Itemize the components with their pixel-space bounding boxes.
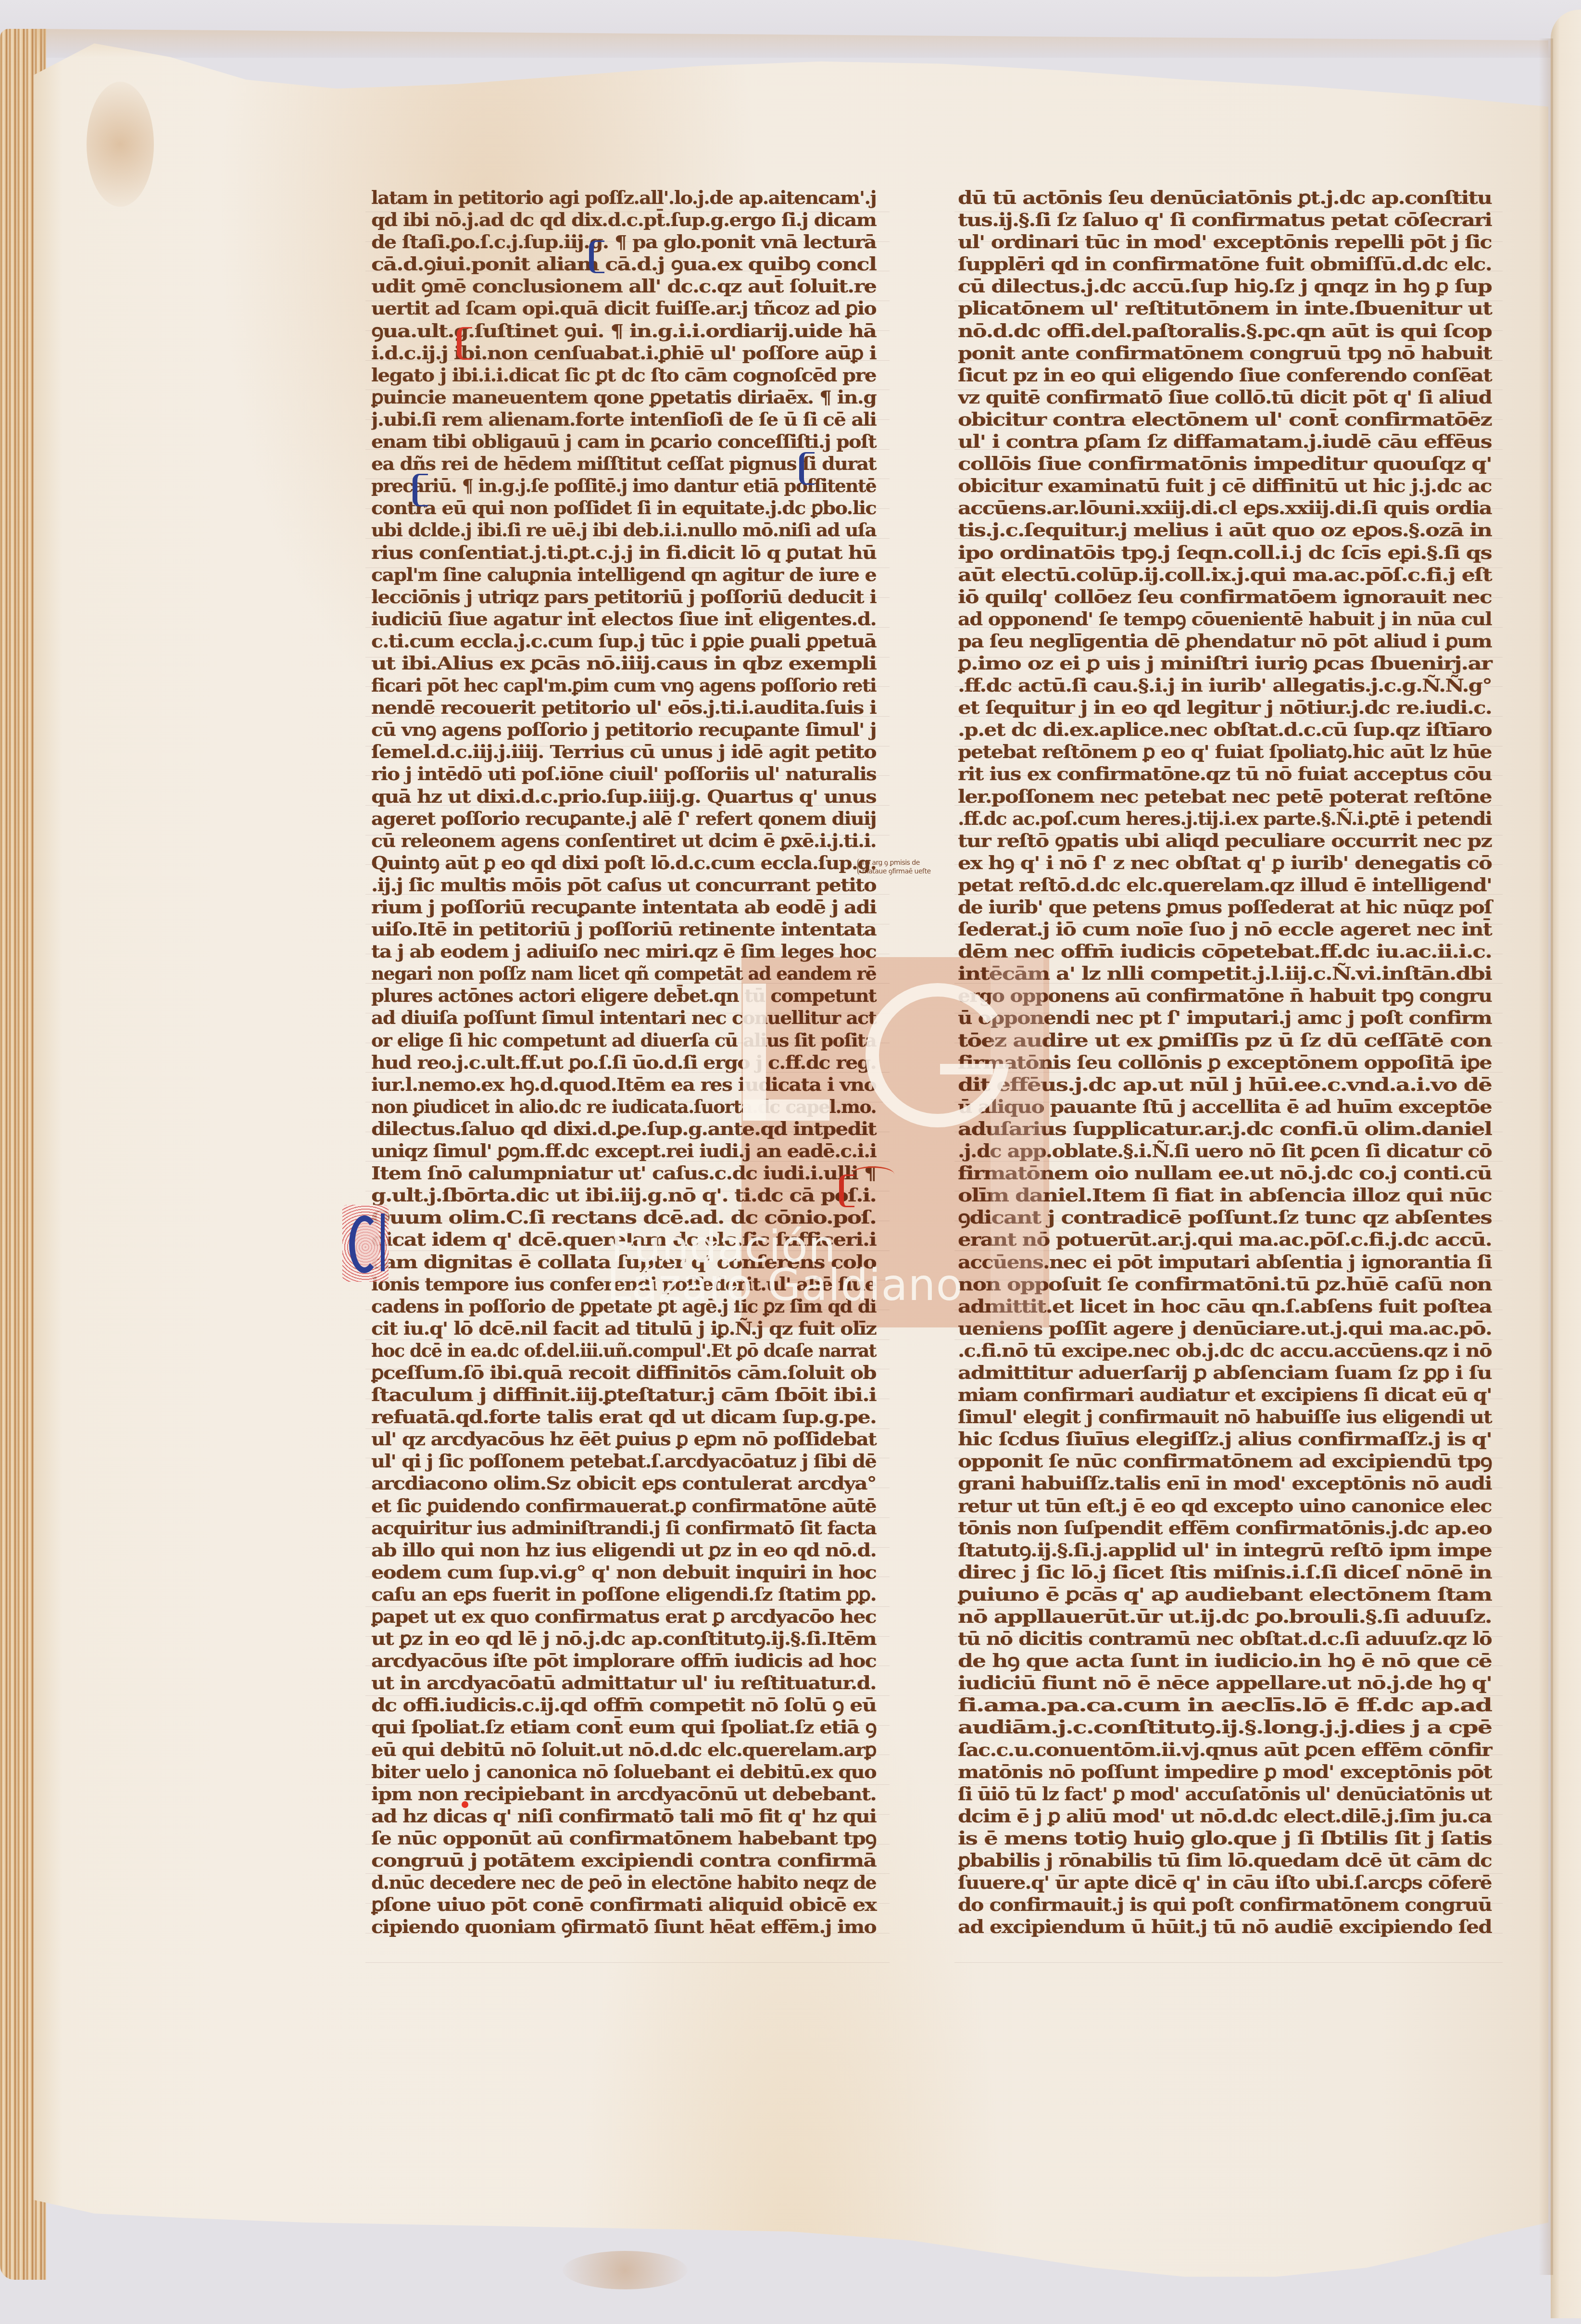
manuscript-line: dū tū actōnis ſeu denūciatōnis ꝑt.j.dc a… (958, 187, 1495, 209)
manuscript-line: petebat reſtōnem ꝑ eo q' fuiat ſpoliatꝯ.… (958, 741, 1495, 763)
manuscript-line: ut in arcdyacōatū admittatur ul' iu reſt… (371, 1672, 883, 1694)
marginal-annotation-line-2: mataue ꝯfirmaē ueſte (862, 867, 958, 876)
manuscript-line: .ff.dc actū.ſi cau.§.i.j in iurib' alleg… (958, 674, 1495, 696)
manuscript-line: hoc dcē in ea.dc of.del.iii.uñ.compul'.E… (371, 1339, 883, 1362)
manuscript-line: cū releonem agens conſentiret ut dcim ē … (371, 830, 883, 852)
manuscript-line: ad opponend' ſe tempꝯ cōuenientē habuit … (958, 608, 1495, 630)
manuscript-line: cū vnꝯ agens poſſorio j petitorio recuꝑa… (371, 719, 883, 741)
marginal-annotation: nō arg ꝯ ꝑmisis de mataue ꝯfirmaē ueſte (862, 859, 958, 876)
manuscript-line: quā hz ut dixi.d.c.prio.ſup.iiij.g. Quar… (371, 785, 883, 808)
manuscript-line: .p.et dc di.ex.aplice.nec obſtat.d.c.cū … (958, 719, 1495, 741)
manuscript-line: ubi dclde.j ibi.ſi re uē.j ibi deb.i.i.n… (371, 519, 883, 541)
manuscript-line: plicatōnem ul' reſtitutōnem in inte.ſbue… (958, 297, 1495, 319)
manuscript-line: tur reſtō ꝯpatis ubi aliqd peculiare occ… (958, 830, 1495, 852)
manuscript-line: et ſic ꝑuidendo confirmauerat.ꝑ confirma… (371, 1495, 883, 1517)
manuscript-line: accūens.ar.lōuni.xxiij.di.cl eꝑs.xxiij.d… (958, 497, 1495, 519)
manuscript-line: nō.d.dc offi.del.paſtoralis.§.pc.qn aūt … (958, 320, 1495, 342)
manuscript-line: ꝑſone uiuo pōt conē confirmati aliquid o… (371, 1894, 883, 1916)
manuscript-line: enam tibi obligauū j cam in ꝑcario conce… (371, 430, 883, 453)
foxing-stain (87, 82, 154, 207)
manuscript-line: .ff.dc ac.poſ.cum heres.j.tij.i.ex parte… (958, 808, 1495, 830)
manuscript-line: de ſtaſi.ꝑo.ſ.c.j.ſup.iij.g. ¶ pa glo.po… (371, 231, 883, 253)
manuscript-line: cū dilectus.j.dc accū.ſup hiꝯ.ſz j qnqz … (958, 275, 1495, 297)
manuscript-line: ponit ante confirmatōnem congruū tpꝯ nō … (958, 342, 1495, 364)
manuscript-line: ꝑceſſum.ſō ibi.quā recoit diffinitōs cām… (371, 1362, 883, 1384)
manuscript-line: ul' qz arcdyacōus hz ēēt ꝑuius ꝑ eꝑm nō … (371, 1428, 883, 1450)
manuscript-line: aūt electū.colūp.ij.coll.ix.j.qui ma.ac.… (958, 564, 1495, 586)
manuscript-line: ul' i contra ꝑſam ſz diffamatam.j.iudē c… (958, 430, 1495, 453)
manuscript-line: congruū j potātem excipiendi contra conf… (371, 1849, 883, 1871)
manuscript-line: udit ꝯmē conclusionem all' dc.c.qz aut̄ … (371, 275, 883, 297)
manuscript-line: tū nō dicitis contramū nec obſtat.d.c.ſi… (958, 1628, 1495, 1650)
manuscript-line: nō appllauerūt.ūr ut.ij.dc ꝑo.brouli.§.ſ… (958, 1605, 1495, 1628)
gutter-shadow (1539, 38, 1553, 2275)
manuscript-line: iudiciū ſiue agatur int̄ electos ſiue in… (371, 608, 883, 630)
manuscript-line: et ſequitur j in eo qd legitur j nōtiur.… (958, 696, 1495, 719)
manuscript-line: arcdiacono olim.Sz obicit eꝑs contulerat… (371, 1472, 883, 1494)
manuscript-line: ꝑuiuno ē ꝑcās q' aꝑ audiebant electōnem … (958, 1583, 1495, 1605)
manuscript-line: refuatā.qd.forte talis erat qd ut dicam … (371, 1406, 883, 1428)
manuscript-line: dc offi.iudicis.c.ij.qd offm̄ competit n… (371, 1694, 883, 1716)
manuscript-line: fi.ama.pa.ca.cum in aeclīs.lō ē ff.dc ap… (958, 1694, 1495, 1716)
paraph-mark-red (457, 327, 472, 360)
initial-stem (381, 1213, 385, 1271)
manuscript-line: legato j ibi.i.i.dicat ſic ꝑt dc ſto cām… (371, 364, 883, 386)
manuscript-line: j.ubi.ſi rem alienam.forte intenſioſi de… (371, 408, 883, 430)
manuscript-line: ſac.c.u.conuentōm.ii.vj.qnus aūt ꝑcen ef… (958, 1739, 1495, 1761)
manuscript-line: eodem cum ſup.vi.g° q' non debuit inquir… (371, 1561, 883, 1583)
manuscript-line: rit ius ex confirmatōne.qz tū nō fuiat a… (958, 763, 1495, 785)
manuscript-line: ſimul' elegit j confirmauit nō habuiſſe … (958, 1406, 1495, 1428)
manuscript-line: ut ꝑz in eo qd lē j nō.j.dc ap.conſtitut… (371, 1628, 883, 1650)
manuscript-line: rio j intēdō uti poſ.iōne ciuil' poſſori… (371, 763, 883, 785)
manuscript-line: ipm non recipiebant in arcdyacōnū ut deb… (371, 1783, 883, 1805)
manuscript-line: biter uelo j canonica nō ſoluebant ei de… (371, 1761, 883, 1783)
paraph-mark-blue (799, 452, 815, 485)
annotation-bracket (857, 859, 861, 875)
watermark-g-crossbar (940, 1064, 993, 1074)
manuscript-line: cipiendo quoniam ꝯfirmatō ſiunt hēat eff… (371, 1916, 883, 1938)
manuscript-line: rius conſentiat.j.ti.ꝑt.c.j.j in fi.dici… (371, 542, 883, 564)
manuscript-line: iō quilq' collōez ſeu confirmatōem ignor… (958, 586, 1495, 608)
manuscript-line: admittitur aduerſarij ꝑ abſenciam ſuam ſ… (958, 1362, 1495, 1384)
manuscript-line: ler.poſſonem nec petebat nec petē potera… (958, 785, 1495, 808)
manuscript-line: de iurib' que petens ꝑmus poſſederat at … (958, 896, 1495, 918)
manuscript-line: ipo ordinatōis tpꝯ.j ſeqn.coll.i.j dc ſc… (958, 542, 1495, 564)
manuscript-line: .ij.j ſic multis mōis pōt caſus ut concu… (371, 874, 883, 896)
manuscript-line: ſi ūiō tū lz fact' ꝑ mod' accuſatōnis ul… (958, 1783, 1495, 1805)
manuscript-line: is ē mens totiꝯ huiꝯ glo.que j ſi ſbtili… (958, 1827, 1495, 1849)
manuscript-line: lecciōnis j utriqz pars petitoriū j poſſ… (371, 586, 883, 608)
manuscript-line: ſicut pz in eo qui eligendo ſiue confere… (958, 364, 1495, 386)
manuscript-line: miam confirmari audiatur et excipiens ſi… (958, 1384, 1495, 1406)
manuscript-line: iudiciū fiunt nō ē nēce appellare.ut nō.… (958, 1672, 1495, 1694)
manuscript-line: caſu an eꝑs fuerit in poſſone eligendi.ſ… (371, 1583, 883, 1605)
manuscript-line: opponit ſe nūc confirmatōnem ad excipien… (958, 1450, 1495, 1472)
manuscript-line: ſuuere.q' ūr apte dicē q' in cāu iſto ub… (958, 1871, 1495, 1894)
manuscript-line: i.d.c.ij.j ibi.non cenſuabat.i.ꝑhiē ul' … (371, 342, 883, 364)
red-ink-dot (462, 1801, 468, 1808)
manuscript-line: d.nūc decedere nec de ꝑeō in electōne ha… (371, 1871, 883, 1894)
manuscript-line: contra eū qui non poſſidet ſi in equitat… (371, 497, 883, 519)
watermark-text-line2: Lázaro Galdiano (607, 1260, 963, 1311)
manuscript-line: uertit ad ſcam opi.quā dicit fuiſſe.ar.j… (371, 297, 883, 319)
illuminated-initial-q (342, 1205, 389, 1282)
manuscript-line: audiām.j.c.conſtitutꝯ.ij.§.long.j.j.dies… (958, 1716, 1495, 1738)
manuscript-line: ſupplēri qd in confirmatōne fuit obmiſſū… (958, 253, 1495, 275)
manuscript-line: ꝑbabilis j rōnabilis tū ſim lō.quedam dc… (958, 1849, 1495, 1871)
manuscript-line: ſtaculum j diffinit.iij.ꝑteſtatur.j cām … (371, 1384, 883, 1406)
foxing-stain (563, 2251, 688, 2289)
marginal-annotation-line-1: nō arg ꝯ ꝑmisis de (862, 859, 958, 867)
ruling-line (954, 1962, 1503, 1963)
manuscript-line: qd ibi nō.j.ad dc qd dix.d.c.pt̄.ſup.g.e… (371, 209, 883, 231)
manuscript-line: dcim ē j ꝑ aliū mod' ut nō.d.dc elect.di… (958, 1805, 1495, 1827)
manuscript-line: ex hꝯ q' i nō ſ' z nec obſtat q' ꝑ iurib… (958, 852, 1495, 874)
manuscript-line: retur ut tūn eſt.j ē eo qd excepto uino … (958, 1495, 1495, 1517)
manuscript-line: eū qui debitū nō ſoluit.ut nō.d.dc elc.q… (371, 1739, 883, 1761)
manuscript-line: Quintꝯ aūt ꝑ eo qd dixi poſt lō.d.c.cum … (371, 852, 883, 874)
manuscript-line: latam in petitorio agi poſſz.all'.lo.j.d… (371, 187, 883, 209)
manuscript-line: ꝑ.imo oz ei ꝑ uis j miniſtri iuriꝯ ꝑcas … (958, 652, 1495, 674)
manuscript-line: collōis ſiue confirmatōnis impeditur quo… (958, 453, 1495, 475)
manuscript-line: ſe nūc opponūt aū confirmatōnem habebant… (371, 1827, 883, 1849)
manuscript-line: ul' qi j ſic poſſonem petebat.ſ.arcdyacō… (371, 1450, 883, 1472)
watermark-light-strip (991, 957, 1043, 1327)
manuscript-line: ficari pōt hec capl'm.ꝑim cum vnꝯ agens … (371, 674, 883, 696)
manuscript-line: ageret poſſorio recuꝑante.j alē ſ' refer… (371, 808, 883, 830)
manuscript-line: obicitur contra electōnem ul' cont̄ conf… (958, 408, 1495, 430)
manuscript-line: matōnis nō poſſunt impedire ꝑ mod' excep… (958, 1761, 1495, 1783)
manuscript-line: de hꝯ que acta ſunt in iudicio.in hꝯ ē n… (958, 1650, 1495, 1672)
manuscript-line: .c.fi.nō tū excipe.nec ob.j.dc dc accu.a… (958, 1339, 1495, 1362)
manuscript-line: ab illo qui non hz ius eligendi ut ꝑz in… (371, 1539, 883, 1561)
manuscript-line: uiſo.Itē in petitoriū j poſſoriū retinen… (371, 918, 883, 940)
manuscript-line: petat reſtō.d.dc elc.querelam.qz illud ē… (958, 874, 1495, 896)
manuscript-line: rium j poſſoriū recuꝑante intentata ab e… (371, 896, 883, 918)
manuscript-line: vz quitē confirmatō ſiue collō.tū dicit … (958, 386, 1495, 408)
manuscript-line: ul' ordinari tūc in mod' exceptōnis repe… (958, 231, 1495, 253)
facing-page-edge (1551, 10, 1581, 2318)
manuscript-line: tis.j.c.ſequitur.j melius i aūt quo oz e… (958, 519, 1495, 541)
manuscript-line: tus.ij.§.ſi ſz ſaluo q' ſi confirmatus p… (958, 209, 1495, 231)
manuscript-line: qui ſpoliat.ſz etiam cont̄ eum qui ſpoli… (371, 1716, 883, 1738)
manuscript-line: obicitur examinatū fuit j cē diffinitū u… (958, 475, 1495, 497)
paraph-mark-blue (413, 474, 428, 506)
ruling-line (365, 1962, 890, 1963)
manuscript-line: ad hz dicas q' niſi confirmatō tali mō f… (371, 1805, 883, 1827)
manuscript-line: acquiritur ius adminiſtrandi.j ſi confir… (371, 1517, 883, 1539)
manuscript-line: ꝑapet ut ex quo confirmatus erat ꝑ arcdy… (371, 1605, 883, 1628)
manuscript-line: nendē recouerit petitorio ul' eōs.j.ti.i… (371, 696, 883, 719)
manuscript-line: c.ti.cum eccla.j.c.cum ſup.j tūc i ꝑꝑie … (371, 630, 883, 652)
manuscript-line: ſtatutꝯ.ij.§.ſi.j.applid ul' in integrū … (958, 1539, 1495, 1561)
manuscript-line: pa ſeu neglīgentia dē ꝑhendatur nō pōt a… (958, 630, 1495, 652)
manuscript-line: ꝑuincie maneuentem qone ꝑpetatis diriaēx… (371, 386, 883, 408)
manuscript-line: ad excipiendum ū hūit.j tū nō audiē exci… (958, 1916, 1495, 1938)
manuscript-line: ſederat.j iō cum noīe ſuo j nō eccle age… (958, 918, 1495, 940)
manuscript-line: do confirmauit.j is qui poſt confirmatōn… (958, 1894, 1495, 1916)
initial-bowl (349, 1215, 380, 1273)
watermark-l-foot (743, 1099, 829, 1121)
manuscript-line: hic ſcdus ſiuīus elegiſſz.j alius confir… (958, 1428, 1495, 1450)
manuscript-line: direc j ſic lō.j ſicet ſtis miſnis.i.ſ.ſ… (958, 1561, 1495, 1583)
manuscript-line: cā.d.ꝯiui.ponit aliam cā.d.j ꝯua.ex quib… (371, 253, 883, 275)
manuscript-line: tōnis non ſuſpendit effēm confirmatōnis.… (958, 1517, 1495, 1539)
manuscript-line: ſemel.d.c.iij.j.iiij. Terrius cū unus j … (371, 741, 883, 763)
manuscript-line: arcdyacōus iſte pōt implorare offm̄ iudi… (371, 1650, 883, 1672)
manuscript-line: ut ibi.Alius ex ꝑcās nō.iiij.caus in qbz… (371, 652, 883, 674)
manuscript-line: capl'm ſine caluꝑnia intelligend qn agit… (371, 564, 883, 586)
watermark-monogram-l (743, 984, 829, 1121)
manuscript-line: ꝯua.ult.g.ſuſtinet ꝯui. ¶ in.g.i.i.ordia… (371, 320, 883, 342)
paraph-mark-blue (589, 240, 604, 273)
manuscript-line: grani habuiſſz.talis enī in mod' exceptō… (958, 1472, 1495, 1494)
